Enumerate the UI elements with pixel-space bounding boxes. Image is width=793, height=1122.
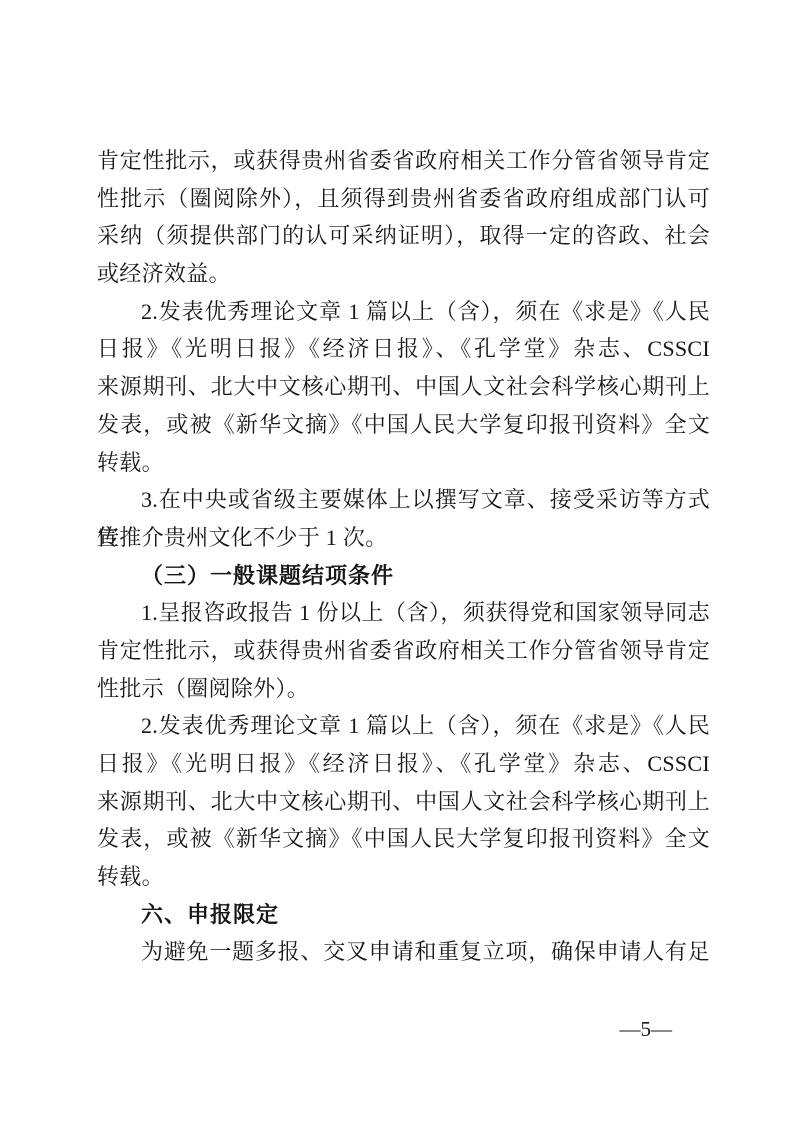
document-body: 肯定性批示，或获得贵州省委省政府相关工作分管省领导肯定 性批示（圈阅除外），且须… bbox=[97, 142, 710, 971]
text-line: 采纳（须提供部门的认可采纳证明），取得一定的咨政、社会 bbox=[97, 217, 710, 255]
text-line: 日报》《光明日报》《经济日报》、《孔学堂》杂志、CSSCI bbox=[97, 330, 710, 368]
text-line: 发表，或被《新华文摘》《中国人民大学复印报刊资料》全文 bbox=[97, 820, 710, 858]
text-line: 2.发表优秀理论文章 1 篇以上（含），须在《求是》《人民 bbox=[97, 293, 710, 331]
text-line: 或经济效益。 bbox=[97, 255, 710, 293]
text-line: 1.呈报咨政报告 1 份以上（含），须获得党和国家领导同志 bbox=[97, 594, 710, 632]
section-heading-general-project-conditions: （三）一般课题结项条件 bbox=[97, 557, 710, 595]
text-line: 性批示（圈阅除外），且须得到贵州省委省政府组成部门认可 bbox=[97, 180, 710, 218]
text-line: 肯定性批示，或获得贵州省委省政府相关工作分管省领导肯定 bbox=[97, 142, 710, 180]
text-line: 传推介贵州文化不少于 1 次。 bbox=[97, 519, 710, 557]
text-line: 转载。 bbox=[97, 858, 710, 896]
text-line: 3.在中央或省级主要媒体上以撰写文章、接受采访等方式宣 bbox=[97, 481, 710, 519]
text-line: 日报》《光明日报》《经济日报》、《孔学堂》杂志、CSSCI bbox=[97, 745, 710, 783]
text-line: 2.发表优秀理论文章 1 篇以上（含），须在《求是》《人民 bbox=[97, 707, 710, 745]
text-line: 转载。 bbox=[97, 444, 710, 482]
text-line: 为避免一题多报、交叉申请和重复立项，确保申请人有足 bbox=[97, 933, 710, 971]
section-heading-application-limits: 六、申报限定 bbox=[97, 896, 710, 934]
text-line: 性批示（圈阅除外）。 bbox=[97, 670, 710, 708]
text-line: 肯定性批示，或获得贵州省委省政府相关工作分管省领导肯定 bbox=[97, 632, 710, 670]
text-line: 发表，或被《新华文摘》《中国人民大学复印报刊资料》全文 bbox=[97, 406, 710, 444]
document-page: 肯定性批示，或获得贵州省委省政府相关工作分管省领导肯定 性批示（圈阅除外），且须… bbox=[0, 0, 793, 1122]
page-number: —5— bbox=[620, 1016, 673, 1042]
text-line: 来源期刊、北大中文核心期刊、中国人文社会科学核心期刊上 bbox=[97, 368, 710, 406]
text-line: 来源期刊、北大中文核心期刊、中国人文社会科学核心期刊上 bbox=[97, 783, 710, 821]
